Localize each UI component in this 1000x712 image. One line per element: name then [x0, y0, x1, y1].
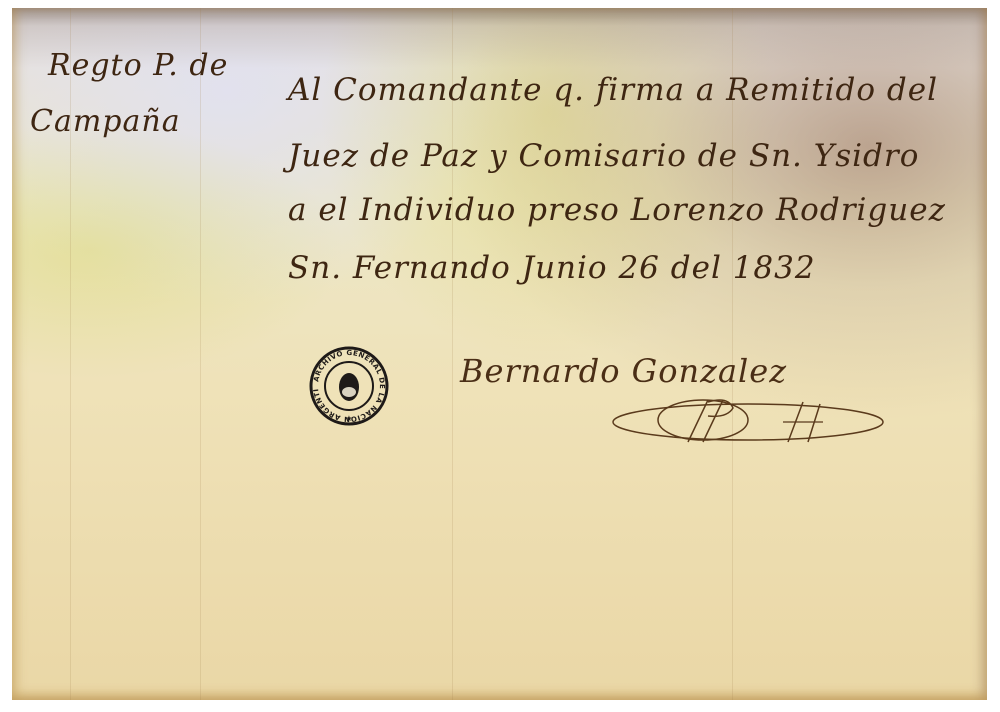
letter-line-3: a el Individuo preso Lorenzo Rodriguez — [288, 192, 946, 228]
letter-line-2: Juez de Paz y Comisario de Sn. Ysidro — [288, 138, 919, 174]
letter-line-4-date: Sn. Fernando Junio 26 del 1832 — [288, 250, 816, 286]
archive-stamp: ARCHIVO GENERAL DE LA NACION ARGENTINA ★ — [308, 345, 390, 427]
rubric-flourish-icon — [598, 392, 888, 452]
paper-fold-line — [452, 8, 453, 700]
svg-text:★: ★ — [345, 414, 352, 423]
margin-note-line-2: Campaña — [30, 104, 181, 139]
paper-fold-line — [200, 8, 201, 700]
letter-line-1: Al Comandante q. firma a Remitido del — [288, 72, 938, 108]
signature: Bernardo Gonzalez — [460, 352, 787, 390]
signature-rubric — [598, 392, 888, 452]
margin-note-line-1: Regto P. de — [48, 48, 228, 83]
archive-stamp-icon: ARCHIVO GENERAL DE LA NACION ARGENTINA ★ — [308, 345, 390, 427]
